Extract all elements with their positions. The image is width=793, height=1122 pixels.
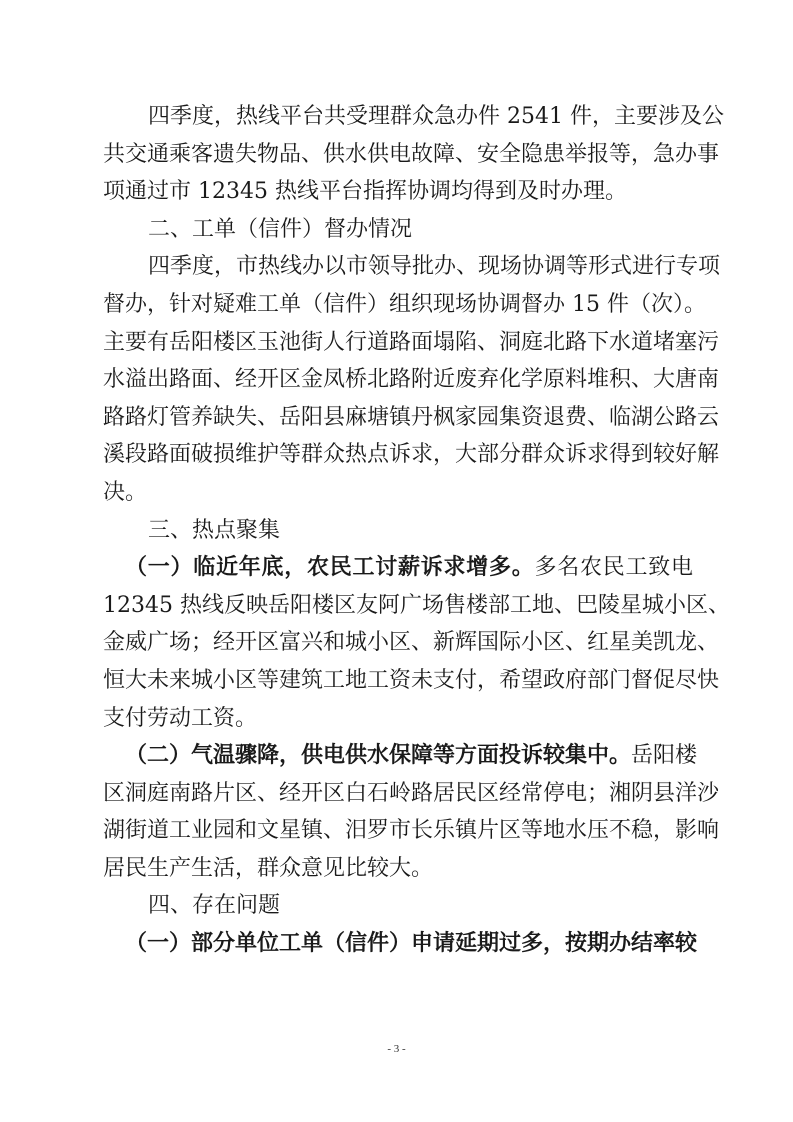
- paragraph-line: 区洞庭南路片区、经开区白石岭路居民区经常停电；湘阴县洋沙: [103, 775, 693, 813]
- paragraph-line: 主要有岳阳楼区玉池街人行道路面塌陷、洞庭北路下水道堵塞污: [103, 324, 693, 362]
- paragraph-line: 12345 热线反映岳阳楼区友阿广场售楼部工地、巴陵星城小区、: [103, 587, 693, 625]
- paragraph-line: 水溢出路面、经开区金凤桥北路附近废弃化学原料堆积、大唐南: [103, 361, 693, 399]
- section-heading-issues: 四、存在问题: [103, 887, 693, 925]
- paragraph-line: 四季度，热线平台共受理群众急办件 2541 件，主要涉及公: [103, 98, 693, 136]
- paragraph-line: 路路灯管养缺失、岳阳县麻塘镇丹枫家园集资退费、临湖公路云: [103, 399, 693, 437]
- paragraph-line: 督办，针对疑难工单（信件）组织现场协调督办 15 件（次）。: [103, 286, 693, 324]
- section-heading-supervision: 二、工单（信件）督办情况: [103, 211, 693, 249]
- subsection-lead: （二）气温骤降，供电供水保障等方面投诉较集中。: [125, 742, 631, 768]
- paragraph-line: 居民生产生活，群众意见比较大。: [103, 850, 693, 888]
- subsection-first-line: （一）临近年底，农民工讨薪诉求增多。多名农民工致电: [103, 549, 693, 587]
- paragraph-line: 支付劳动工资。: [103, 700, 693, 738]
- paragraph-line: 项通过市 12345 热线平台指挥协调均得到及时办理。: [103, 173, 693, 211]
- subsection-first-line: （一）部分单位工单（信件）申请延期过多，按期办结率较: [103, 925, 693, 963]
- paragraph-line: 决。: [103, 474, 693, 512]
- subsection-text: 多名农民工致电: [534, 555, 693, 580]
- paragraph-line: 恒大未来城小区等建筑工地工资未支付，希望政府部门督促尽快: [103, 662, 693, 700]
- paragraph-line: 溪段路面破损维护等群众热点诉求，大部分群众诉求得到较好解: [103, 436, 693, 474]
- paragraph-line: 湖街道工业园和文星镇、汨罗市长乐镇片区等地水压不稳，影响: [103, 812, 693, 850]
- subsection-text: 岳阳楼: [631, 743, 697, 768]
- page-number: - 3 -: [0, 1043, 793, 1055]
- subsection-first-line: （二）气温骤降，供电供水保障等方面投诉较集中。岳阳楼: [103, 737, 693, 775]
- paragraph-line: 金威广场；经开区富兴和城小区、新辉国际小区、红星美凯龙、: [103, 624, 693, 662]
- document-page: 四季度，热线平台共受理群众急办件 2541 件，主要涉及公 共交通乘客遗失物品、…: [103, 98, 693, 963]
- paragraph-line: 共交通乘客遗失物品、供水供电故障、安全隐患举报等，急办事: [103, 136, 693, 174]
- subsection-lead: （一）临近年底，农民工讨薪诉求增多。: [125, 554, 534, 580]
- section-heading-hotspots: 三、热点聚集: [103, 512, 693, 550]
- paragraph-line: 四季度，市热线办以市领导批办、现场协调等形式进行专项: [103, 248, 693, 286]
